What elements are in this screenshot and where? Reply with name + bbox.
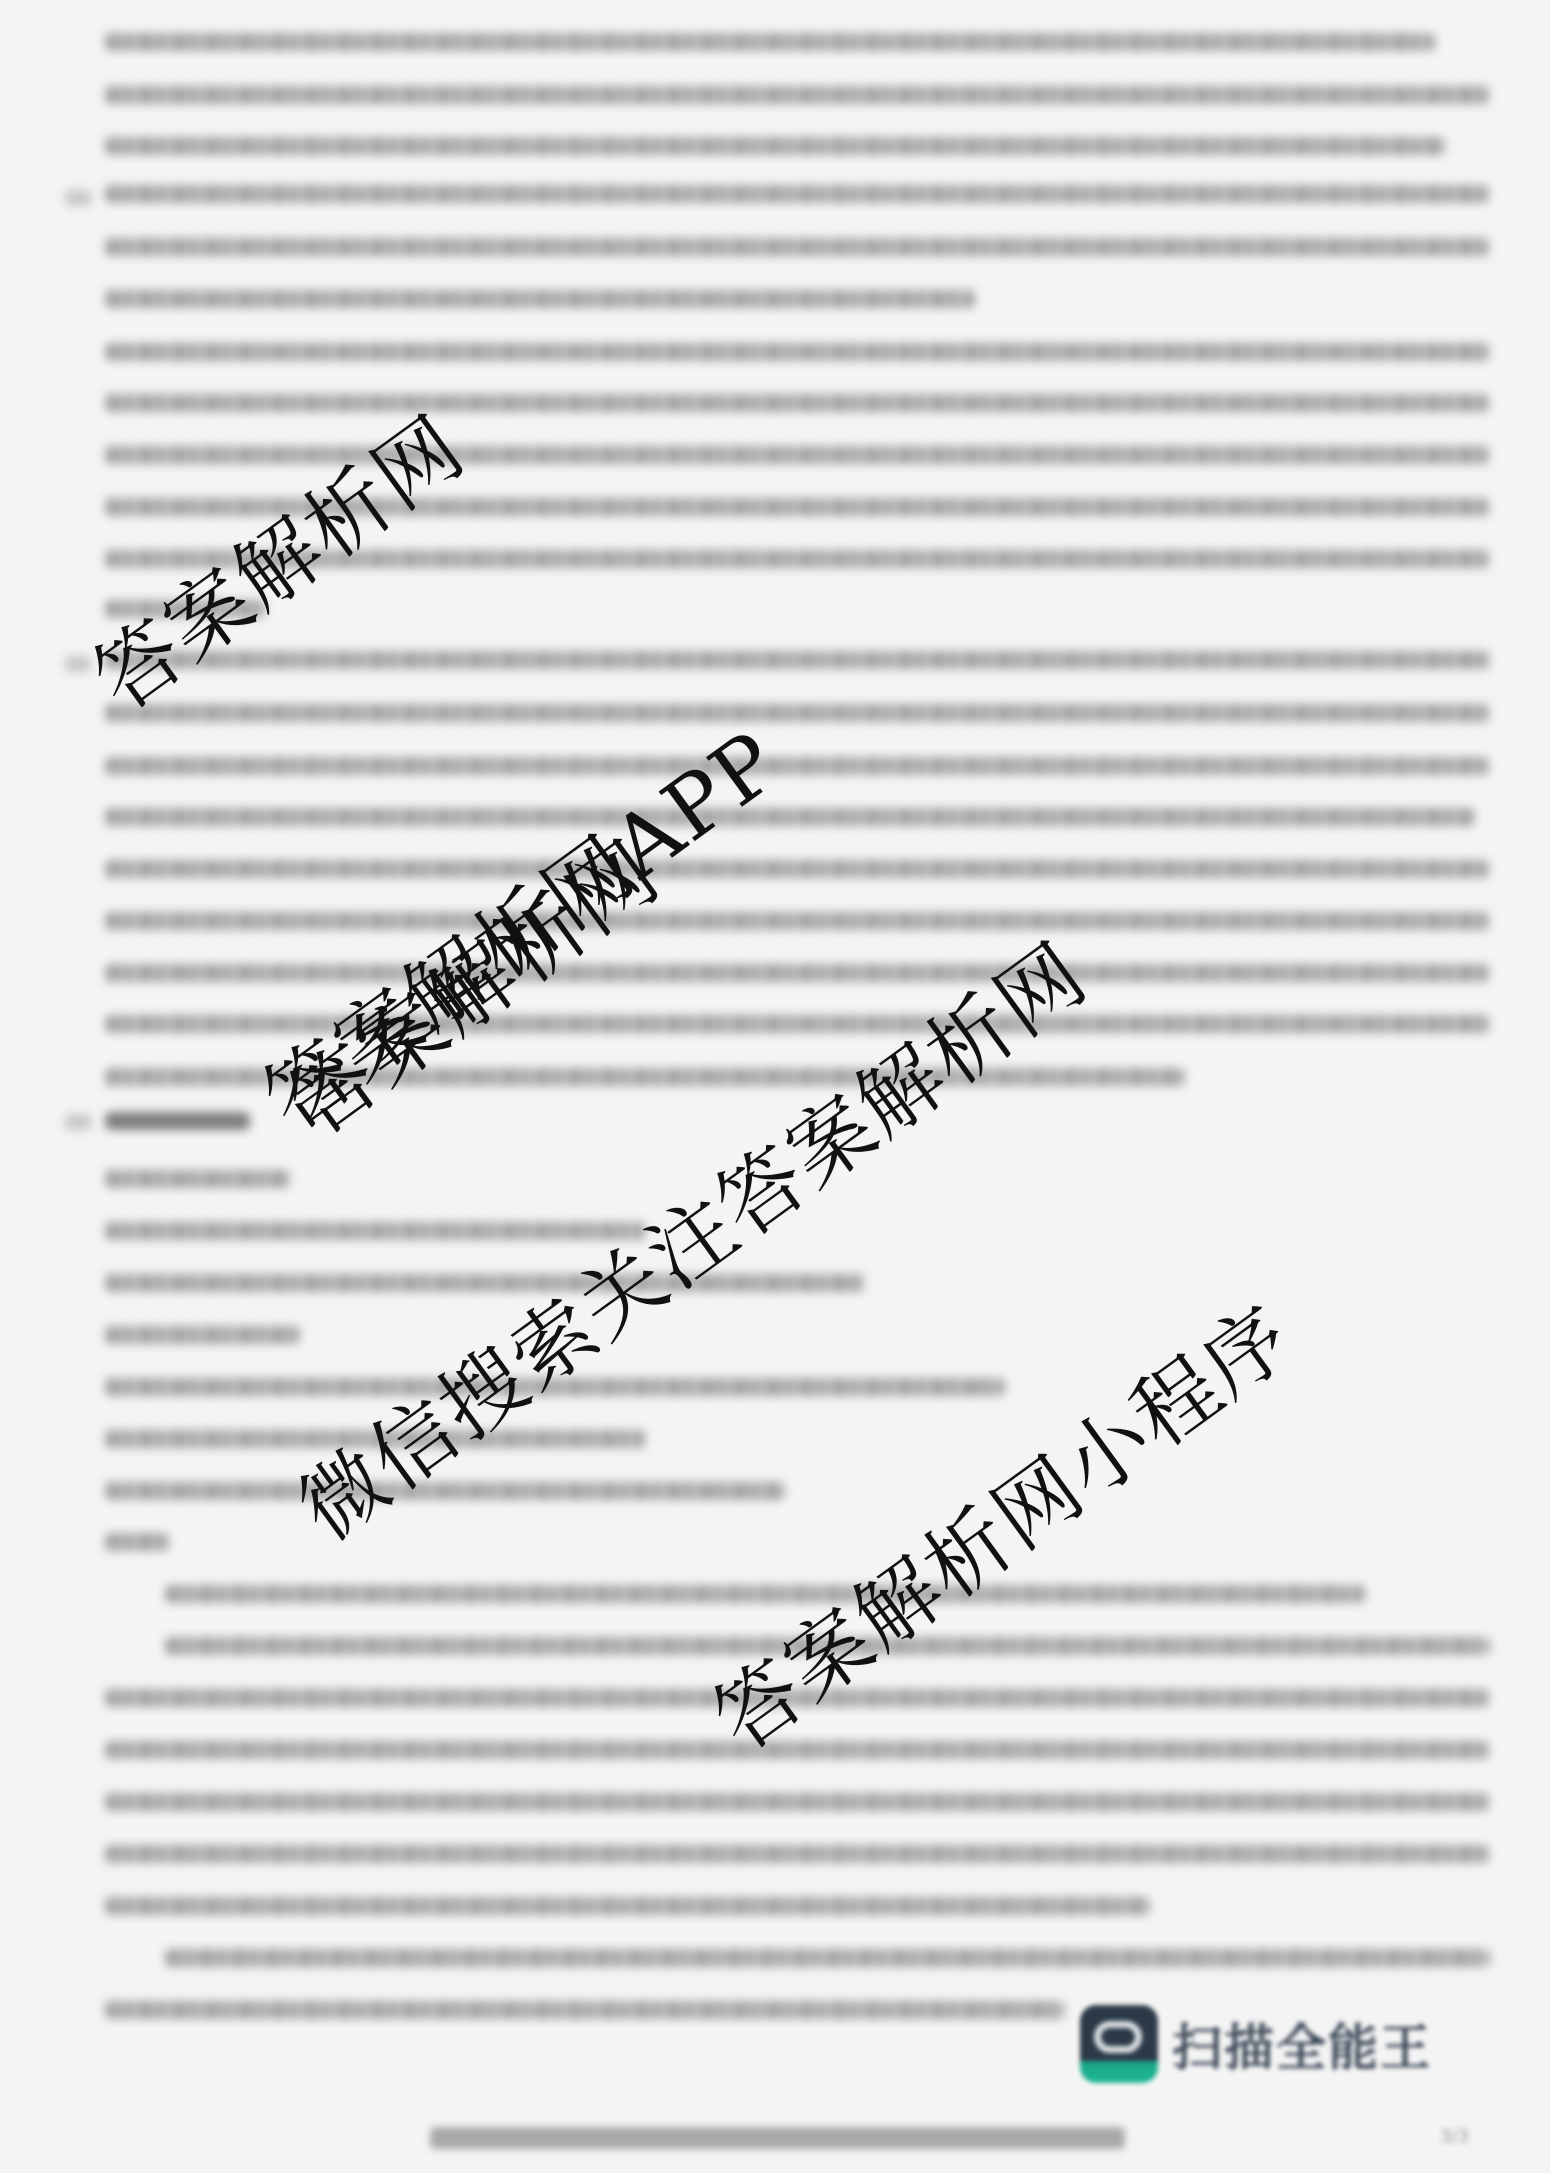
blurred-text-line [105,185,1490,203]
blurred-text-line [105,1274,865,1292]
blurred-text-line [105,1533,170,1551]
logo-text: 扫描全能王 [1172,2008,1432,2080]
page-number: 3/3 [1440,2126,1469,2147]
blurred-text-line [105,1793,1490,1811]
blurred-text-line [105,343,1490,361]
blurred-text-line [105,964,1490,982]
blurred-text-line [105,137,1445,155]
blurred-text-line [105,704,1490,722]
blurred-text-line [105,1482,785,1500]
blurred-text-line [105,1222,645,1240]
blurred-text-line [105,1326,300,1344]
blurred-text-line [105,1845,1490,1863]
blurred-text-line [105,1170,290,1188]
camscanner-logo: 扫描全能王 [1080,2005,1432,2083]
blurred-text-line [105,290,975,308]
blurred-text-line [105,808,1475,826]
question-number [65,190,91,206]
footer-text [430,2127,1125,2149]
camscanner-cs-icon [1080,2005,1158,2083]
question-number [65,1114,91,1130]
scanned-document-page [0,0,1550,2173]
blurred-text-line [105,394,1490,412]
blurred-text-line [105,446,1490,464]
blurred-text-line [105,757,1490,775]
blurred-text-line [105,860,1490,878]
blurred-text-line [165,1949,1490,1967]
blurred-text-line [105,238,1490,256]
section-heading [105,1112,250,1130]
blurred-text-line [105,1897,1150,1915]
blurred-text-line [105,651,1490,669]
blurred-text-line [105,2001,1065,2019]
blurred-text-line [105,912,1490,930]
blurred-text-line [165,1585,1365,1603]
blurred-text-line [105,33,1435,51]
blurred-text-line [105,1741,1490,1759]
blurred-text-line [105,86,1490,104]
